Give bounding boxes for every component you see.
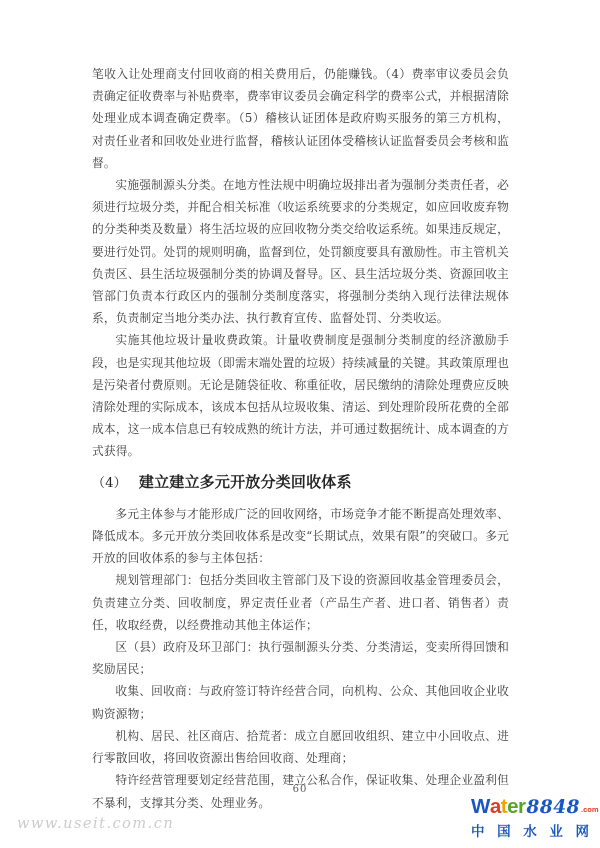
watermark-useit: www.useit.com.cn xyxy=(17,816,174,832)
paragraph-district-gov: 区（县）政府及环卫部门：执行强制源头分类、分类清运，变卖所得回馈和奖励居民； xyxy=(92,636,509,680)
section-heading: （4）建立建立多元开放分类回收体系 xyxy=(92,471,509,495)
section-title: 建立建立多元开放分类回收体系 xyxy=(139,473,352,491)
logo-letter-a: a xyxy=(490,795,501,819)
paragraph-metered-fee: 实施其他垃圾计量收费政策。计量收费制度是强制分类制度的经济激励手段，也是实现其他… xyxy=(92,329,509,462)
logo-tld: .com xyxy=(581,798,599,822)
paragraph-multi-actor: 多元主体参与才能形成广泛的回收网络，市场竞争才能不断提高处理效率、降低成本。多元… xyxy=(92,503,509,570)
logo-wordmark: W a t e r 8848 .com xyxy=(471,795,589,823)
body-text: 笔收入让处理商支付回收商的相关费用后，仍能赚钱。（4）费率审议委员会负责确定征收… xyxy=(92,63,509,814)
paragraph-institutions: 机构、居民、社区商店、拾荒者：成立自愿回收组织、建立中小回收点、进行零散回收，将… xyxy=(92,725,509,769)
paragraph-collectors: 收集、回收商：与政府签订特许经营合同，向机构、公众、其他回收企业收购资源物； xyxy=(92,680,509,724)
logo-letter-w: W xyxy=(471,795,490,819)
paragraph-continuation: 笔收入让处理商支付回收商的相关费用后，仍能赚钱。（4）费率审议委员会负责确定征收… xyxy=(92,63,509,174)
paragraph-source-separation: 实施强制源头分类。在地方性法规中明确垃圾排出者为强制分类责任者，必须进行垃圾分类… xyxy=(92,174,509,329)
page-number: 60 xyxy=(0,784,600,795)
logo-subtitle: 中国水业网 xyxy=(471,824,589,841)
section-number: （4） xyxy=(92,476,127,491)
paragraph-planning-dept: 规划管理部门：包括分类回收主管部门及下设的资源回收基金管理委员会，负责建立分类、… xyxy=(92,569,509,636)
document-page: 笔收入让处理商支付回收商的相关费用后，仍能赚钱。（4）费率审议委员会负责确定征收… xyxy=(0,0,600,848)
water8848-logo: W a t e r 8848 .com 中国水业网 xyxy=(471,795,589,841)
logo-number: 8848 xyxy=(526,796,580,820)
logo-letter-r: r xyxy=(518,795,525,819)
logo-letter-e: e xyxy=(507,795,518,819)
